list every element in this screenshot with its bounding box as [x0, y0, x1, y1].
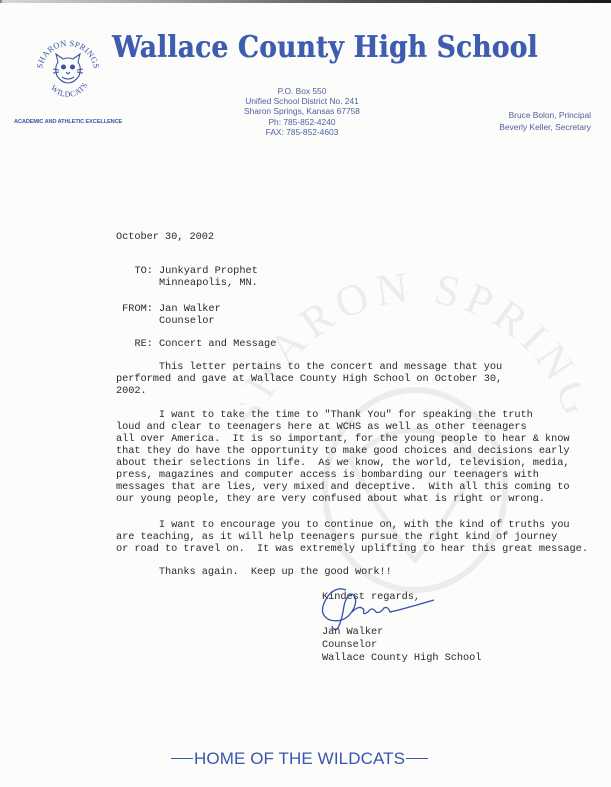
memo-to-label: TO:: [95, 265, 153, 277]
staff-principal: Bruce Bolon, Principal: [499, 109, 591, 121]
body-paragraph-4: Thanks again. Keep up the good work!!: [116, 566, 392, 578]
svg-text:SHARON SPRINGS: SHARON SPRINGS: [34, 38, 102, 70]
wildcat-mascot-icon: [53, 54, 83, 83]
memo-from-line-2: Counselor: [159, 315, 215, 327]
seal-bottom-text: WILDCATS: [49, 81, 90, 99]
footer-slogan: HOME OF THE WILDCATS: [170, 749, 429, 769]
school-address: P.O. Box 550 Unified School District No.…: [222, 86, 382, 137]
footer-dash-left: [171, 758, 193, 760]
body-paragraph-1: This letter pertains to the concert and …: [116, 361, 502, 397]
school-motto: ACADEMIC AND ATHLETIC EXCELLENCE: [14, 119, 122, 125]
memo-to-line-1: Junkyard Prophet: [159, 265, 258, 277]
staff-list: Bruce Bolon, Principal Beverly Keller, S…: [499, 109, 591, 133]
body-paragraph-3: I want to encourage you to continue on, …: [116, 519, 588, 555]
address-city: Sharon Springs, Kansas 67758: [222, 106, 382, 116]
address-fax: FAX: 785-852-4603: [222, 127, 382, 137]
signoff-school: Wallace County High School: [322, 652, 481, 664]
school-seal-logo: SHARON SPRINGS WILDCATS: [34, 36, 102, 104]
memo-from-label: FROM:: [95, 303, 153, 315]
signoff-title: Counselor: [322, 639, 377, 651]
memo-re-line-1: Concert and Message: [159, 338, 276, 350]
letter-date: October 30, 2002: [116, 231, 214, 243]
signoff-name: Jan Walker: [322, 626, 383, 638]
address-phone: Ph: 785-852-4240: [222, 117, 382, 127]
memo-from-line-1: Jan Walker: [159, 303, 221, 315]
seal-top-text: SHARON SPRINGS: [34, 38, 102, 70]
address-po-box: P.O. Box 550: [222, 86, 382, 96]
memo-re-label: RE:: [95, 338, 153, 350]
body-paragraph-2: I want to take the time to "Thank You" f…: [116, 409, 570, 505]
staff-secretary: Beverly Keller, Secretary: [499, 121, 591, 133]
footer-slogan-text: HOME OF THE WILDCATS: [194, 749, 405, 768]
address-district: Unified School District No. 241: [222, 96, 382, 106]
school-name-heading: Wallace County High School: [112, 30, 538, 65]
memo-to-line-2: Minneapolis, MN.: [159, 277, 258, 289]
footer-dash-right: [406, 758, 428, 760]
svg-text:WILDCATS: WILDCATS: [49, 81, 90, 99]
